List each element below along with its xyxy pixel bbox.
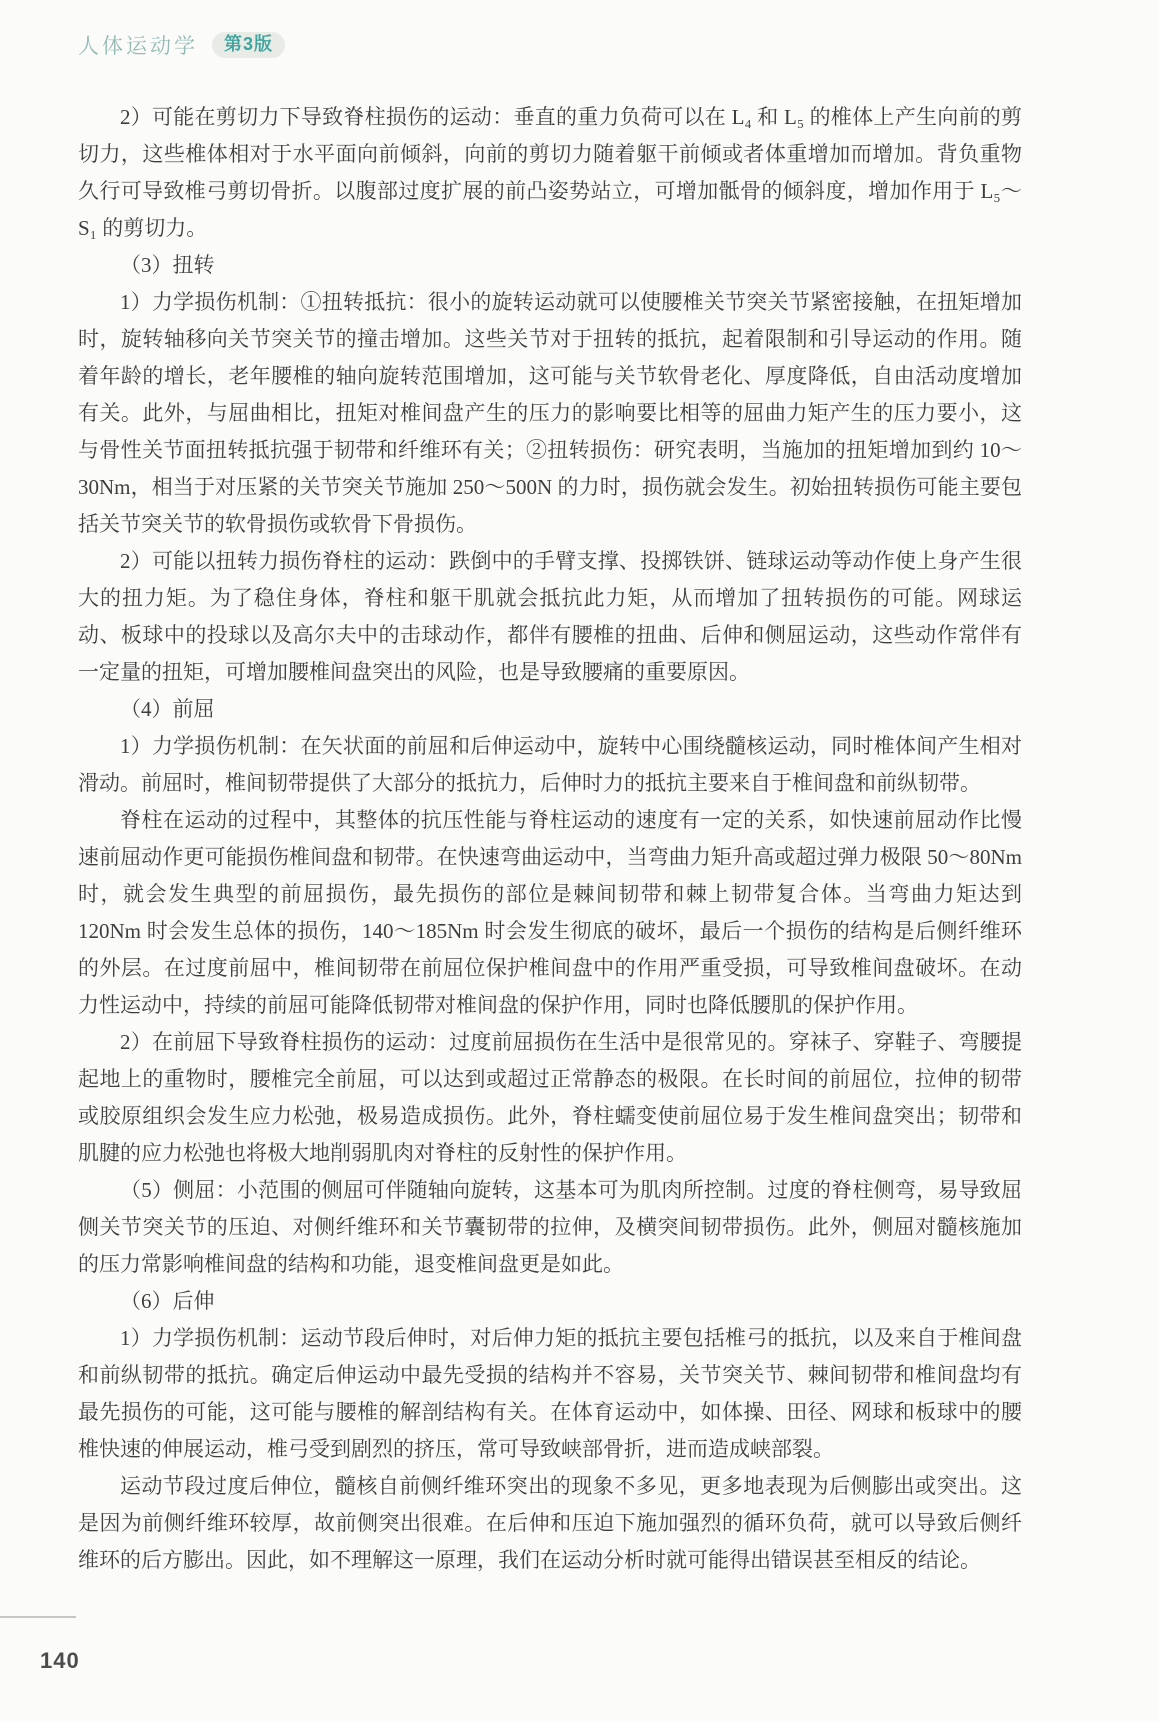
body-text: 2）可能在剪切力下导致脊柱损伤的运动：垂直的重力负荷可以在 L₄ 和 L₅ 的椎… <box>78 99 1022 1579</box>
para-flexion-movements: 2）在前屈下导致脊柱损伤的运动：过度前屈损伤在生活中是很常见的。穿袜子、穿鞋子、… <box>78 1024 1022 1172</box>
para-extension-mechanism: 1）力学损伤机制：运动节段后伸时，对后伸力矩的抵抗主要包括椎弓的抵抗，以及来自于… <box>78 1320 1022 1468</box>
edition-badge: 第3版 <box>212 32 285 58</box>
para-flexion-speed-damage: 脊柱在运动的过程中，其整体的抗压性能与脊柱运动的速度有一定的关系，如快速前屈动作… <box>78 802 1022 1024</box>
heading-forward-flexion: （4）前屈 <box>78 691 1022 728</box>
book-page: 人体运动学 第3版 2）可能在剪切力下导致脊柱损伤的运动：垂直的重力负荷可以在 … <box>0 0 1159 1722</box>
para-torsion-movements: 2）可能以扭转力损伤脊柱的运动：跌倒中的手臂支撑、投掷铁饼、链球运动等动作使上身… <box>78 543 1022 691</box>
heading-extension: （6）后伸 <box>78 1283 1022 1320</box>
running-head: 人体运动学 第3版 <box>78 30 285 60</box>
para-torsion-mechanism: 1）力学损伤机制：①扭转抵抗：很小的旋转运动就可以使腰椎关节突关节紧密接触，在扭… <box>78 284 1022 543</box>
para-shear-movements: 2）可能在剪切力下导致脊柱损伤的运动：垂直的重力负荷可以在 L₄ 和 L₅ 的椎… <box>78 99 1022 247</box>
margin-rule <box>0 1616 76 1618</box>
para-lateral-flexion: （5）侧屈：小范围的侧屈可伴随轴向旋转，这基本可为肌肉所控制。过度的脊柱侧弯，易… <box>78 1172 1022 1283</box>
para-extension-bulge: 运动节段过度后伸位，髓核自前侧纤维环突出的现象不多见，更多地表现为后侧膨出或突出… <box>78 1468 1022 1579</box>
book-title: 人体运动学 <box>78 30 198 60</box>
heading-torsion: （3）扭转 <box>78 247 1022 284</box>
para-flexion-mechanism: 1）力学损伤机制：在矢状面的前屈和后伸运动中，旋转中心围绕髓核运动，同时椎体间产… <box>78 728 1022 802</box>
page-number: 140 <box>40 1648 80 1674</box>
